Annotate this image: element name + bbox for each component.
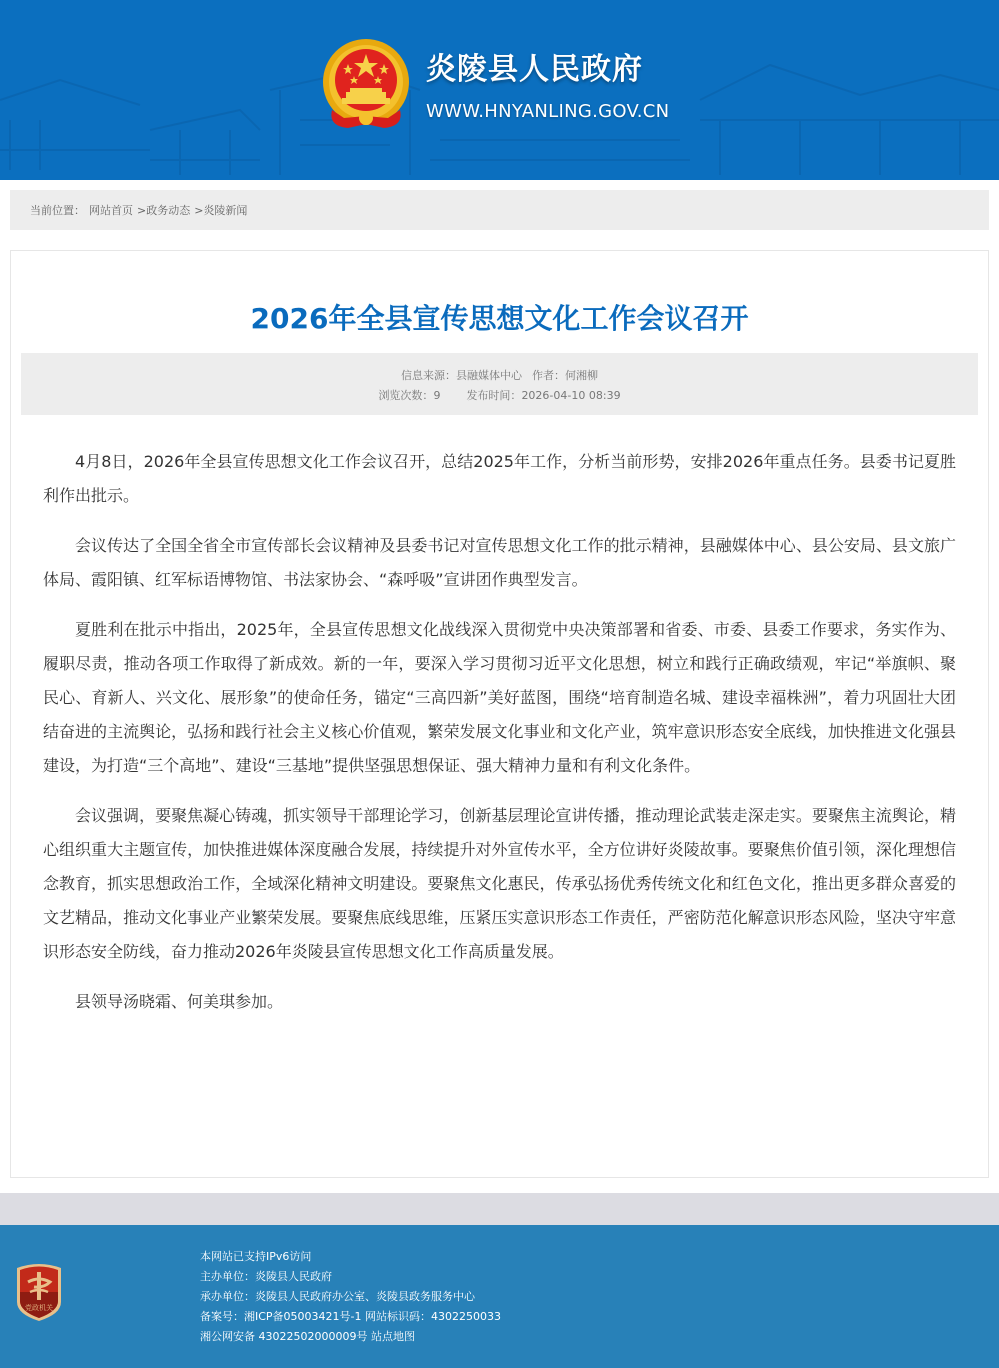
- article-container: 2026年全县宣传思想文化工作会议召开 信息来源：县融媒体中心作者：何湘柳 浏览…: [10, 250, 989, 1178]
- breadcrumb-yanling-news[interactable]: >炎陵新闻: [194, 202, 247, 218]
- article-paragraph: 4月8日，2026年全县宣传思想文化工作会议召开，总结2025年工作，分析当前形…: [43, 445, 956, 513]
- breadcrumb-home[interactable]: 网站首页: [89, 202, 133, 218]
- site-id: 网站标识码：4302250033: [365, 1310, 501, 1323]
- site-url: WWW.HNYANLING.GOV.CN: [426, 101, 669, 122]
- party-government-badge-icon[interactable]: 党政机关: [14, 1262, 64, 1322]
- article-meta: 信息来源：县融媒体中心作者：何湘柳 浏览次数：9发布时间：2026-04-10 …: [21, 353, 978, 415]
- author-label: 作者：: [532, 369, 565, 382]
- article-body: 4月8日，2026年全县宣传思想文化工作会议召开，总结2025年工作，分析当前形…: [21, 415, 978, 1019]
- sitemap-link[interactable]: 站点地图: [371, 1330, 415, 1343]
- article-paragraph: 夏胜利在批示中指出，2025年，全县宣传思想文化战线深入贯彻党中央决策部署和省委…: [43, 613, 956, 783]
- breadcrumb-label: 当前位置：: [30, 202, 85, 218]
- site-footer: 党政机关 本网站已支持IPv6访问 主办单位：炎陵县人民政府 承办单位：炎陵县人…: [0, 1225, 999, 1368]
- site-brand[interactable]: 炎陵县人民政府 WWW.HNYANLING.GOV.CN: [318, 36, 669, 136]
- views-label: 浏览次数：: [378, 389, 433, 402]
- sponsor-unit: 主办单位：炎陵县人民政府: [200, 1267, 501, 1287]
- footer-divider: [0, 1193, 999, 1225]
- site-name: 炎陵县人民政府: [426, 51, 669, 89]
- site-header: 炎陵县人民政府 WWW.HNYANLING.GOV.CN: [0, 0, 999, 180]
- article-title: 2026年全县宣传思想文化工作会议召开: [21, 299, 978, 339]
- icp-record-link[interactable]: 备案号：湘ICP备05003421号-1: [200, 1310, 362, 1323]
- article-paragraph: 会议传达了全国全省全市宣传部长会议精神及县委书记对宣传思想文化工作的批示精神，县…: [43, 529, 956, 597]
- police-record-link[interactable]: 湘公网安备 43022502000009号: [200, 1330, 367, 1343]
- organizer-unit: 承办单位：炎陵县人民政府办公室、炎陵县政务服务中心: [200, 1287, 501, 1307]
- author-value: 何湘柳: [565, 369, 598, 382]
- article-paragraph: 县领导汤晓霜、何美琪参加。: [43, 985, 956, 1019]
- svg-text:党政机关: 党政机关: [25, 1303, 53, 1312]
- views-count: 9: [433, 389, 440, 402]
- breadcrumb-government-news[interactable]: >政务动态: [137, 202, 190, 218]
- breadcrumb: 当前位置： 网站首页 >政务动态 >炎陵新闻: [10, 190, 989, 230]
- published-time: 2026-04-10 08:39: [521, 389, 620, 402]
- footer-info: 本网站已支持IPv6访问 主办单位：炎陵县人民政府 承办单位：炎陵县人民政府办公…: [200, 1247, 501, 1347]
- source-value: 县融媒体中心: [456, 369, 522, 382]
- source-label: 信息来源：: [401, 369, 456, 382]
- article-paragraph: 会议强调，要聚焦凝心铸魂，抓实领导干部理论学习，创新基层理论宣讲传播，推动理论武…: [43, 799, 956, 969]
- published-label: 发布时间：: [466, 389, 521, 402]
- national-emblem-icon: [318, 36, 414, 136]
- ipv6-notice: 本网站已支持IPv6访问: [200, 1247, 501, 1267]
